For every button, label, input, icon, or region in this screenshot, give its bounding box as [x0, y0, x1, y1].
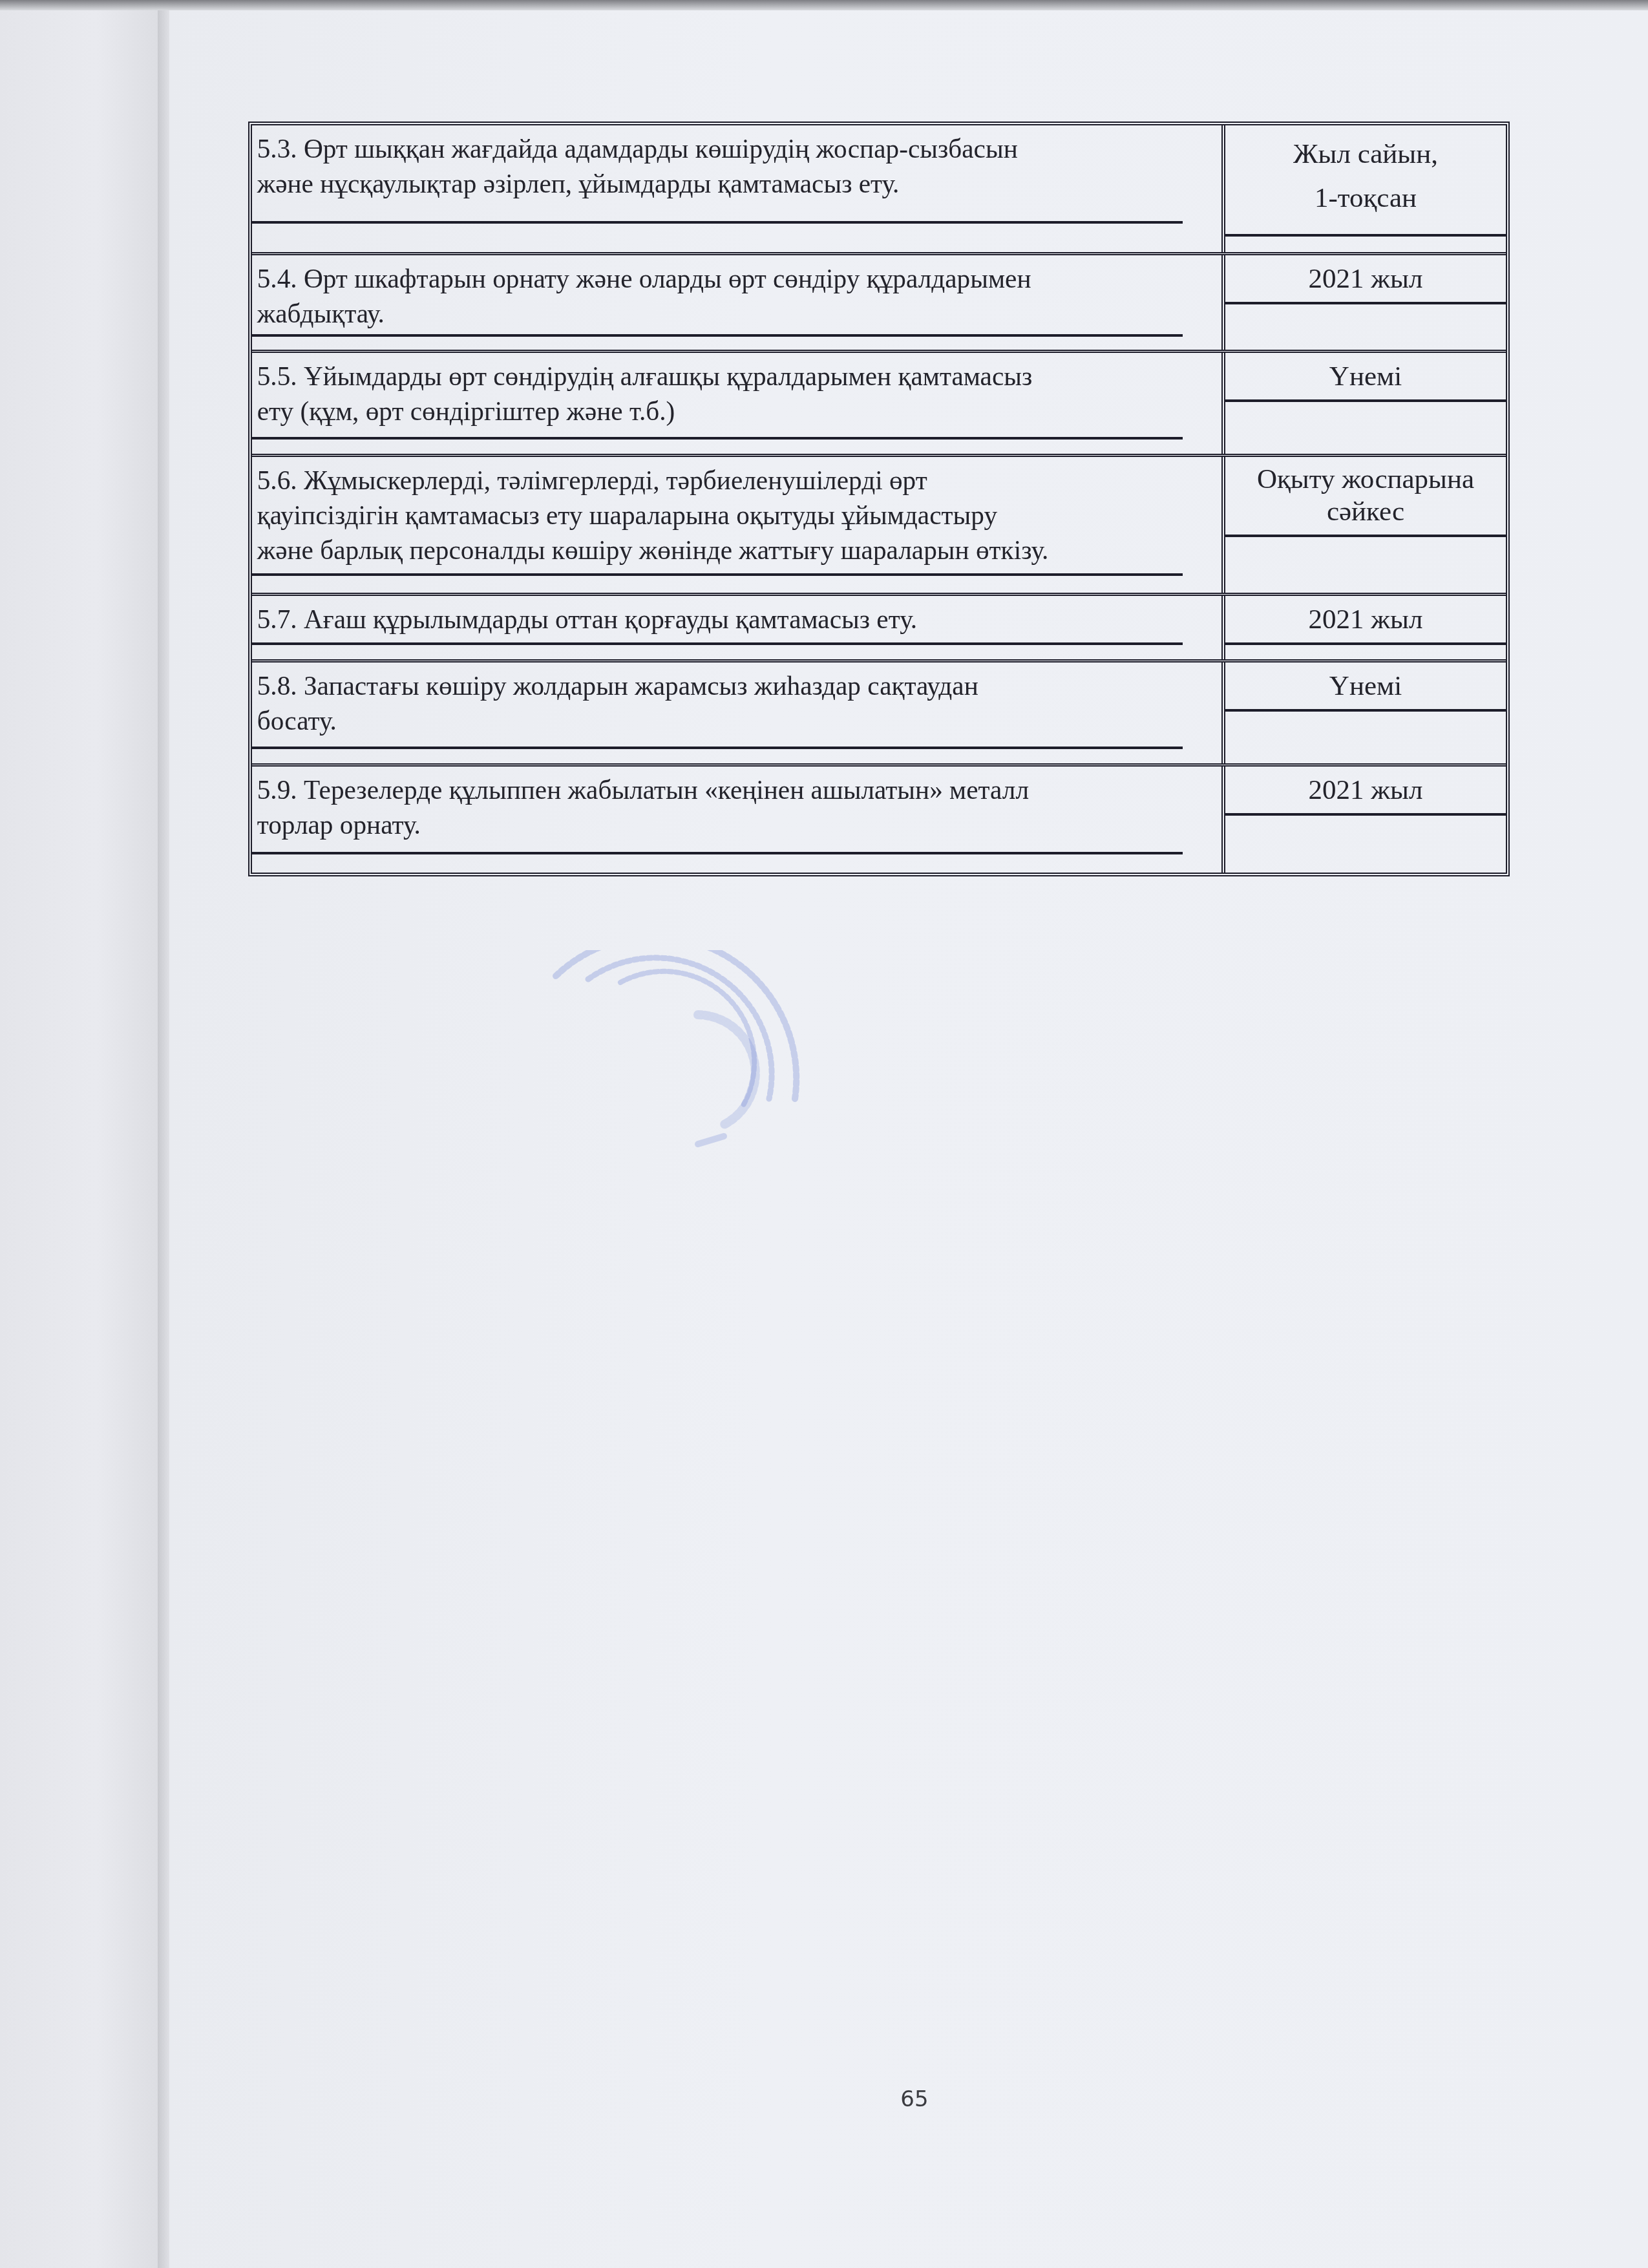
- task-empty-subrow: [252, 749, 1221, 763]
- term-cell: 2021 жыл: [1225, 767, 1506, 873]
- term-empty-subrow: [1225, 537, 1506, 593]
- term-empty-subrow: [1225, 304, 1506, 350]
- term-cell: Үнемі: [1225, 353, 1506, 454]
- task-line: қауіпсіздігін қамтамасыз ету шараларына …: [257, 498, 1178, 533]
- task-line: және нұсқаулықтар әзірлеп, ұйымдарды қам…: [257, 167, 1178, 202]
- term-empty-subrow: [1225, 712, 1506, 763]
- term-line: 2021 жыл: [1231, 773, 1501, 808]
- task-line: 5.5. Ұйымдарды өрт сөндірудің алғашқы құ…: [257, 359, 1178, 394]
- term-text: Оқыту жоспарына сәйкес: [1225, 457, 1506, 537]
- term-empty-subrow: [1225, 645, 1506, 659]
- task-empty-subrow: [252, 576, 1221, 593]
- table-row: 5.6. Жұмыскерлерді, тәлімгерлерді, тәрби…: [252, 457, 1506, 596]
- left-page-edge: [0, 10, 160, 2268]
- task-text: 5.4. Өрт шкафтарын орнату және оларды өр…: [252, 255, 1183, 337]
- task-line: 5.4. Өрт шкафтарын орнату және оларды өр…: [257, 262, 1178, 297]
- task-line: жабдықтау.: [257, 297, 1178, 332]
- task-empty-subrow: [252, 854, 1221, 873]
- term-cell: Жыл сайын, 1-тоқсан: [1225, 125, 1506, 252]
- term-empty-subrow: [1225, 402, 1506, 454]
- task-cell: 5.5. Ұйымдарды өрт сөндірудің алғашқы құ…: [252, 353, 1225, 454]
- task-cell: 5.7. Ағаш құрылымдарды оттан қорғауды қа…: [252, 596, 1225, 659]
- term-line: 2021 жыл: [1231, 602, 1501, 637]
- scan-shadow-top: [0, 0, 1648, 10]
- table-row: 5.7. Ағаш құрылымдарды оттан қорғауды қа…: [252, 596, 1506, 662]
- page-number: 65: [889, 2086, 940, 2112]
- task-cell: 5.8. Запастағы көшіру жолдарын жарамсыз …: [252, 662, 1225, 763]
- task-empty-subrow: [252, 224, 1221, 252]
- term-line: 1-тоқсан: [1231, 181, 1501, 216]
- table-row: 5.5. Ұйымдарды өрт сөндірудің алғашқы құ…: [252, 353, 1506, 457]
- task-text: 5.7. Ағаш құрылымдарды оттан қорғауды қа…: [252, 596, 1183, 645]
- term-line: Оқыту жоспарына: [1231, 463, 1501, 496]
- task-line: босату.: [257, 704, 1178, 739]
- term-text: Үнемі: [1225, 353, 1506, 402]
- term-cell: Оқыту жоспарына сәйкес: [1225, 457, 1506, 593]
- term-text: 2021 жыл: [1225, 255, 1506, 304]
- task-line: 5.8. Запастағы көшіру жолдарын жарамсыз …: [257, 669, 1178, 704]
- task-empty-subrow: [252, 645, 1221, 659]
- term-text: Жыл сайын, 1-тоқсан: [1225, 125, 1506, 237]
- term-text: Үнемі: [1225, 662, 1506, 712]
- task-line: және барлық персоналды көшіру жөнінде жа…: [257, 533, 1178, 568]
- term-line: Үнемі: [1231, 669, 1501, 704]
- term-text: 2021 жыл: [1225, 596, 1506, 645]
- term-empty-subrow: [1225, 237, 1506, 252]
- term-empty-subrow: [1225, 816, 1506, 873]
- table-row: 5.4. Өрт шкафтарын орнату және оларды өр…: [252, 255, 1506, 353]
- task-cell: 5.4. Өрт шкафтарын орнату және оларды өр…: [252, 255, 1225, 350]
- task-empty-subrow: [252, 337, 1221, 350]
- task-text: 5.3. Өрт шыққан жағдайда адамдарды көшір…: [252, 125, 1183, 224]
- task-text: 5.5. Ұйымдарды өрт сөндірудің алғашқы құ…: [252, 353, 1183, 440]
- task-line: 5.3. Өрт шыққан жағдайда адамдарды көшір…: [257, 132, 1178, 167]
- term-cell: 2021 жыл: [1225, 596, 1506, 659]
- task-empty-subrow: [252, 440, 1221, 454]
- term-text: 2021 жыл: [1225, 767, 1506, 816]
- term-line: Жыл сайын,: [1231, 137, 1501, 172]
- term-cell: 2021 жыл: [1225, 255, 1506, 350]
- term-line: Үнемі: [1231, 359, 1501, 394]
- task-cell: 5.3. Өрт шыққан жағдайда адамдарды көшір…: [252, 125, 1225, 252]
- task-line: ету (құм, өрт сөндіргіштер және т.б.): [257, 394, 1178, 429]
- task-text: 5.8. Запастағы көшіру жолдарын жарамсыз …: [252, 662, 1183, 749]
- table-row: 5.9. Терезелерде құлыппен жабылатын «кең…: [252, 767, 1506, 873]
- task-line: 5.9. Терезелерде құлыппен жабылатын «кең…: [257, 773, 1178, 808]
- task-line: 5.7. Ағаш құрылымдарды оттан қорғауды қа…: [257, 602, 1178, 637]
- fire-safety-plan-table: 5.3. Өрт шыққан жағдайда адамдарды көшір…: [248, 122, 1510, 876]
- task-text: 5.6. Жұмыскерлерді, тәлімгерлерді, тәрби…: [252, 457, 1183, 576]
- task-line: торлар орнату.: [257, 808, 1178, 843]
- task-cell: 5.6. Жұмыскерлерді, тәлімгерлерді, тәрби…: [252, 457, 1225, 593]
- table-row: 5.8. Запастағы көшіру жолдарын жарамсыз …: [252, 662, 1506, 767]
- term-cell: Үнемі: [1225, 662, 1506, 763]
- table-row: 5.3. Өрт шыққан жағдайда адамдарды көшір…: [252, 125, 1506, 255]
- term-line: сәйкес: [1231, 496, 1501, 528]
- task-text: 5.9. Терезелерде құлыппен жабылатын «кең…: [252, 767, 1183, 854]
- task-line: 5.6. Жұмыскерлерді, тәлімгерлерді, тәрби…: [257, 463, 1178, 498]
- task-cell: 5.9. Терезелерде құлыппен жабылатын «кең…: [252, 767, 1225, 873]
- term-line: 2021 жыл: [1231, 262, 1501, 297]
